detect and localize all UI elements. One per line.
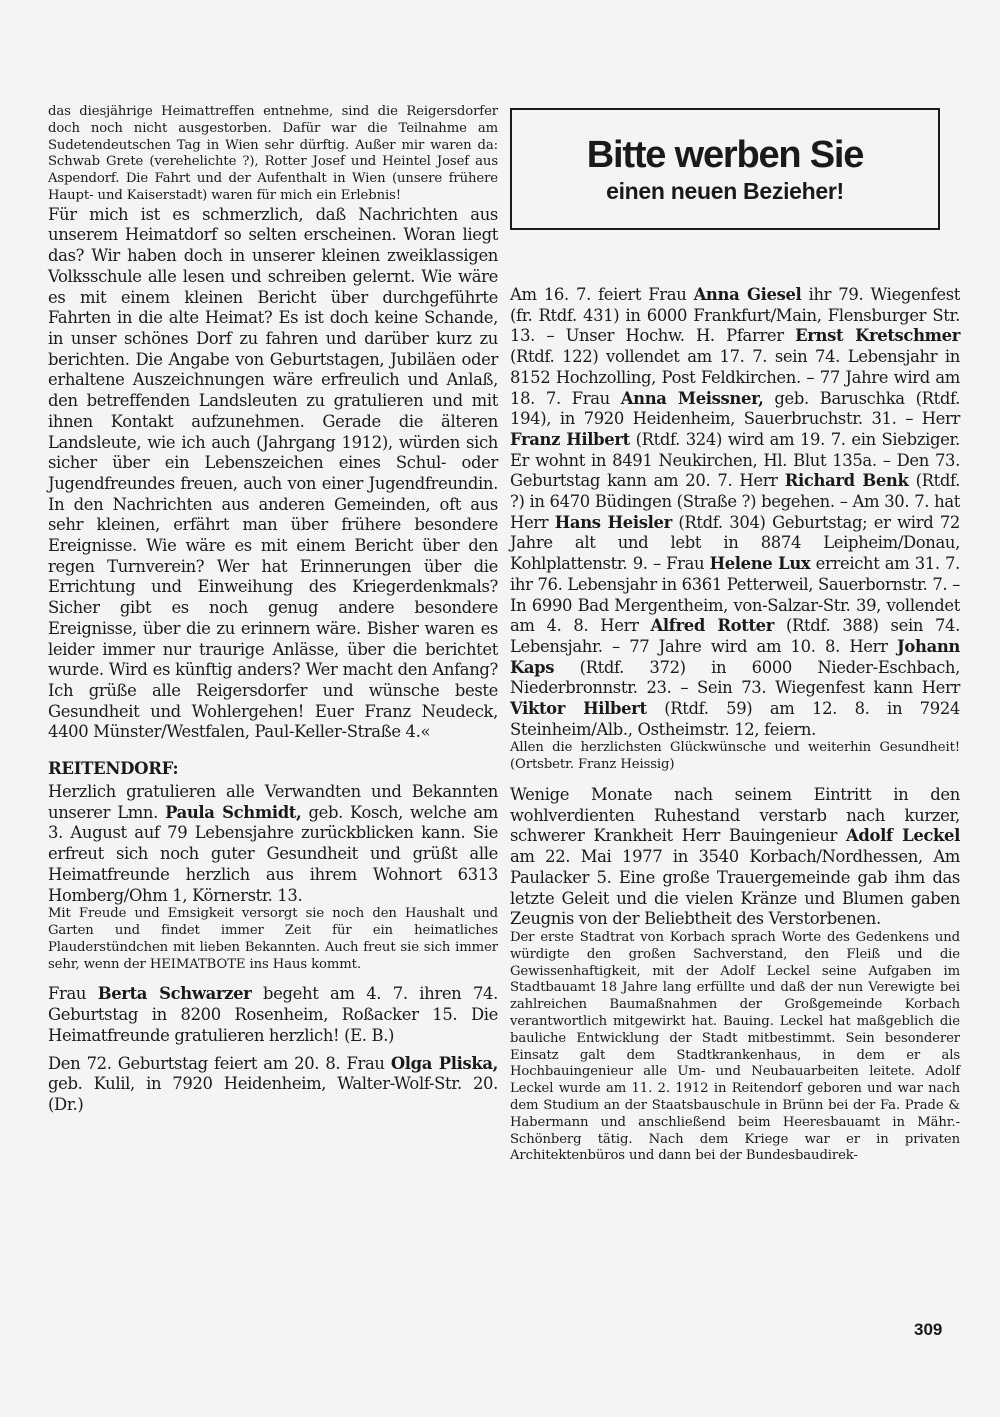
page-number: 309 <box>914 1320 942 1340</box>
ad-subtitle: einen neuen Bezieher! <box>512 177 938 205</box>
person-name: Paula Schmidt, <box>165 803 301 822</box>
person-name: Richard Benk <box>785 471 909 490</box>
pliska-paragraph: Den 72. Geburtstag feiert am 20. 8. Frau… <box>48 1054 498 1116</box>
birthdays-paragraph: Am 16. 7. feiert Frau Anna Giesel ihr 79… <box>510 285 960 740</box>
text-run: Am 16. 7. feiert Frau <box>510 285 694 304</box>
greeting-note: Allen die herzlichsten Glückwünsche und … <box>510 740 960 774</box>
person-name: Franz Hilbert <box>510 430 630 449</box>
person-name: Hans Heisler <box>555 513 672 532</box>
schmidt-note: Mit Freude und Emsigkeit versorgt sie no… <box>48 906 498 973</box>
person-name: Ernst Kretschmer <box>795 326 960 345</box>
left-column: das diesjährige Heimattreffen entnehme, … <box>48 104 498 1116</box>
person-name: Olga Pliska, <box>391 1054 498 1073</box>
obituary-note: Der erste Stadtrat von Korbach sprach Wo… <box>510 930 960 1165</box>
section-heading-reitendorf: REITENDORF: <box>48 759 498 778</box>
person-name: Alfred Rotter <box>651 616 775 635</box>
person-name: Adolf Leckel <box>846 826 960 845</box>
right-column: Bitte werben Sie einen neuen Bezieher! A… <box>510 108 960 1165</box>
text-run: (Rtdf. 372) in 6000 Nieder-Eschbach, Nie… <box>510 658 960 698</box>
advertisement-box: Bitte werben Sie einen neuen Bezieher! <box>510 108 940 230</box>
person-name: Viktor Hilbert <box>510 699 647 718</box>
intro-paragraph: das diesjährige Heimattreffen entnehme, … <box>48 104 498 205</box>
person-name: Anna Meissner, <box>621 389 764 408</box>
letter-paragraph: Für mich ist es schmerzlich, daß Nachric… <box>48 205 498 743</box>
person-name: Helene Lux <box>710 554 811 573</box>
person-name: Berta Schwarzer <box>98 984 252 1003</box>
obituary-paragraph: Wenige Monate nach seinem Eintritt in de… <box>510 785 960 930</box>
schmidt-paragraph: Herzlich gratulieren alle Verwandten und… <box>48 782 498 906</box>
ad-title: Bitte werben Sie <box>512 133 938 177</box>
person-name: Anna Giesel <box>694 285 802 304</box>
schwarzer-paragraph: Frau Berta Schwarzer begeht am 4. 7. ihr… <box>48 984 498 1046</box>
